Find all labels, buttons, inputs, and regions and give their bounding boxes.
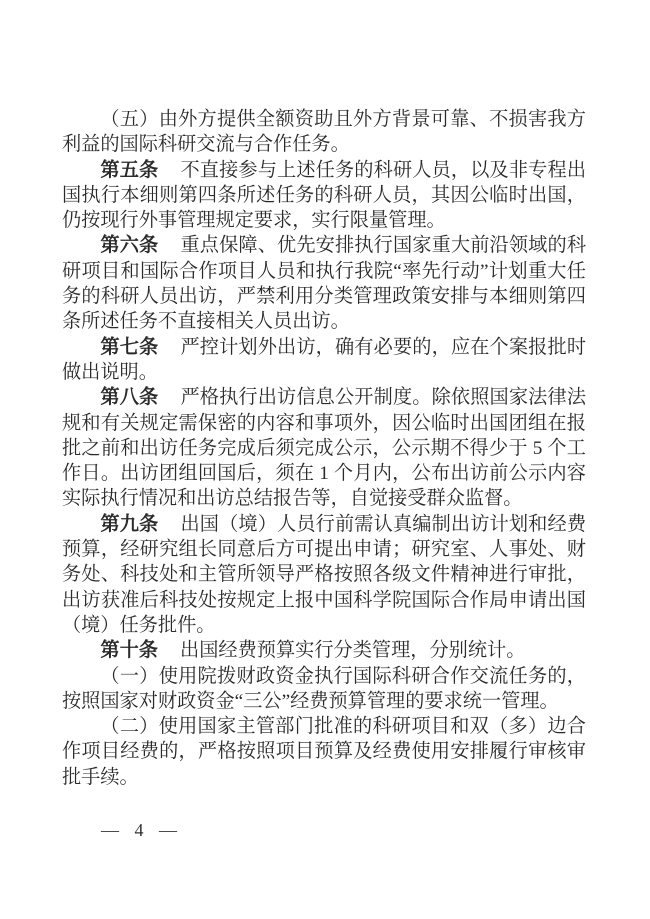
- article-paragraph: 第五条不直接参与上述任务的科研人员，以及非专程出国执行本细则第四条所述任务的科研…: [62, 158, 586, 234]
- document-body: （五）由外方提供全额资助且外方背景可靠、不损害我方利益的国际科研交流与合作任务。…: [62, 107, 586, 790]
- clause-paragraph: （五）由外方提供全额资助且外方背景可靠、不损害我方利益的国际科研交流与合作任务。: [62, 107, 586, 158]
- article-paragraph: 第七条严控计划外出访，确有必要的，应在个案报批时做出说明。: [62, 335, 586, 386]
- paragraph-text: （一）使用院拨财政资金执行国际科研合作交流任务的，按照国家对财政资金“三公”经费…: [62, 666, 586, 712]
- article-number: 第九条: [100, 514, 158, 535]
- clause-paragraph: （二）使用国家主管部门批准的科研项目和双（多）边合作项目经费的，严格按照项目预算…: [62, 714, 586, 790]
- article-number: 第六条: [100, 235, 158, 256]
- paragraph-text: （二）使用国家主管部门批准的科研项目和双（多）边合作项目经费的，严格按照项目预算…: [62, 716, 586, 788]
- paragraph-text: （五）由外方提供全额资助且外方背景可靠、不损害我方利益的国际科研交流与合作任务。: [62, 109, 586, 155]
- article-paragraph: 第九条出国（境）人员行前需认真编制出访计划和经费预算，经研究组长同意后方可提出申…: [62, 512, 586, 638]
- page-number: — 4 —: [101, 818, 179, 843]
- article-number: 第八条: [100, 387, 158, 408]
- article-paragraph: 第十条出国经费预算实行分类管理，分别统计。: [62, 638, 586, 663]
- article-number: 第五条: [100, 160, 158, 181]
- clause-paragraph: （一）使用院拨财政资金执行国际科研合作交流任务的，按照国家对财政资金“三公”经费…: [62, 664, 586, 715]
- article-paragraph: 第八条严格执行出访信息公开制度。除依照国家法律法规和有关规定需保密的内容和事项外…: [62, 385, 586, 511]
- article-paragraph: 第六条重点保障、优先安排执行国家重大前沿领域的科研项目和国际合作项目人员和执行我…: [62, 233, 586, 334]
- article-number: 第七条: [100, 337, 158, 358]
- paragraph-text: 出国经费预算实行分类管理，分别统计。: [180, 640, 525, 661]
- document-page: （五）由外方提供全额资助且外方背景可靠、不损害我方利益的国际科研交流与合作任务。…: [0, 0, 650, 919]
- article-number: 第十条: [100, 640, 158, 661]
